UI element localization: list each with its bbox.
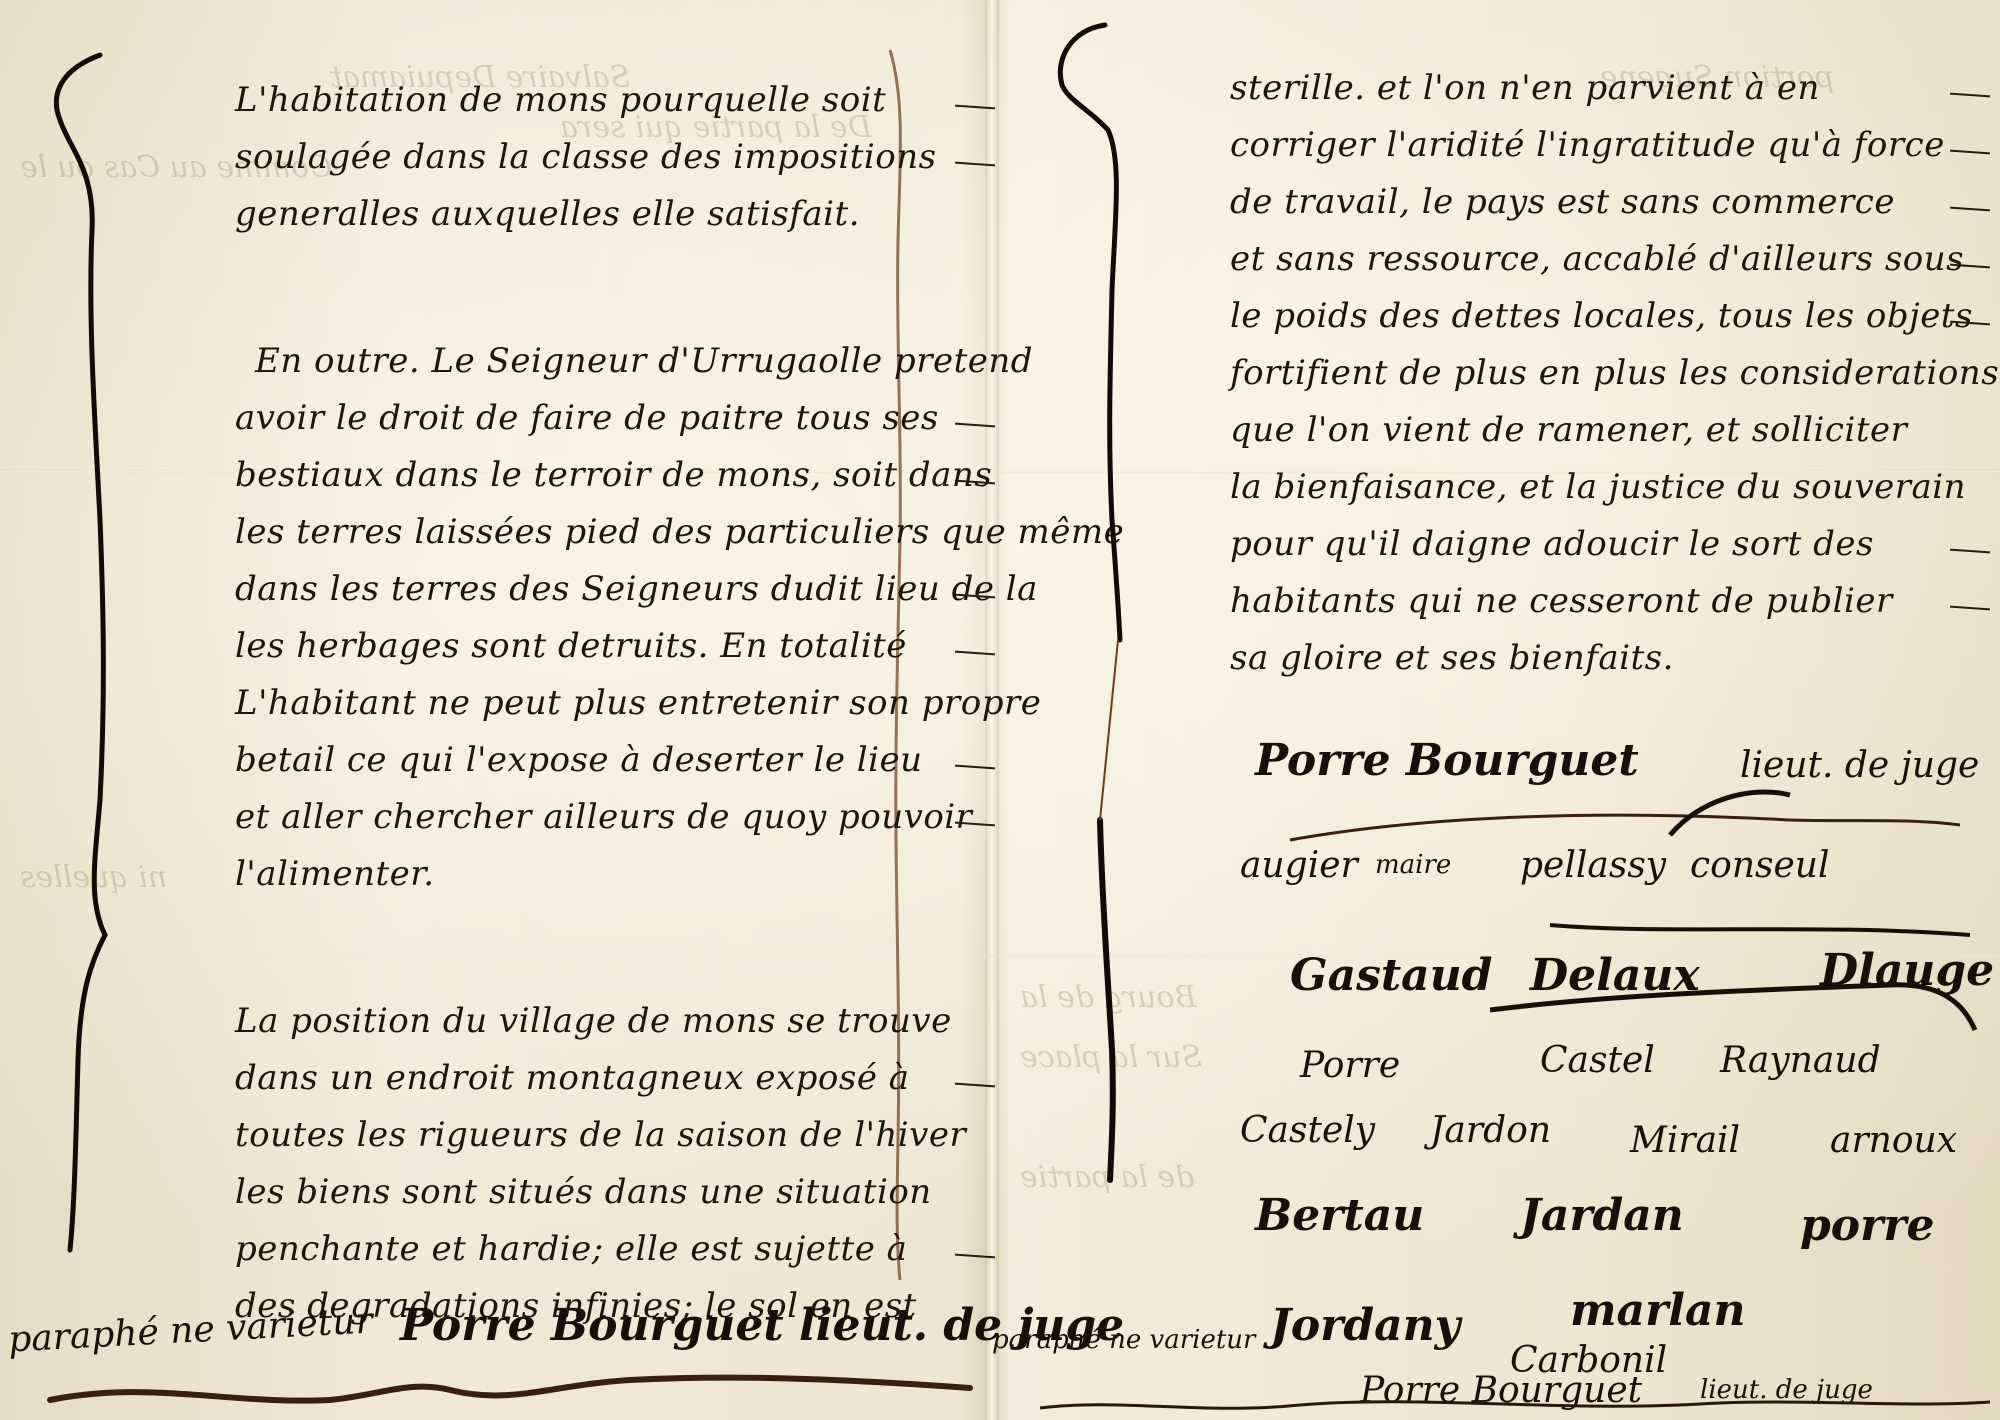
signature: augier bbox=[1240, 845, 1358, 886]
signature: Jordany bbox=[1270, 1300, 1460, 1351]
text-line: et aller chercher ailleurs de quoy pouvo… bbox=[235, 789, 975, 846]
signature-flourish bbox=[1250, 915, 1990, 1035]
signature: arnoux bbox=[1830, 1120, 1957, 1161]
text-line: penchante et hardie; elle est sujette à bbox=[235, 1221, 975, 1278]
text-line: generalles auxquelles elle satisfait. bbox=[235, 186, 975, 243]
text-line: corriger l'aridité l'ingratitude qu'à fo… bbox=[1230, 117, 1970, 174]
manuscript-spread: Salvaire Depuiamat De la partie qui sera… bbox=[0, 0, 2000, 1420]
signature: Castely bbox=[1240, 1110, 1375, 1151]
left-page-text: L'habitation de mons pourquelle soit sou… bbox=[235, 72, 975, 1335]
margin-note: paraphé ne varietur bbox=[992, 1325, 1255, 1355]
text-line: La position du village de mons se trouve bbox=[235, 993, 975, 1050]
text-line: dans les terres des Seigneurs dudit lieu… bbox=[235, 561, 975, 618]
right-page: sterille. et l'on n'en parvient à en cor… bbox=[1000, 0, 2000, 1420]
text-line: les terres laissées pied des particulier… bbox=[235, 504, 975, 561]
signature: porre bbox=[1800, 1200, 1934, 1251]
text-line: habitants qui ne cesseront de publier bbox=[1230, 573, 1970, 630]
signature-flourish bbox=[30, 1350, 990, 1420]
signature: marlan bbox=[1570, 1285, 1745, 1336]
signature: Mirail bbox=[1630, 1120, 1740, 1161]
left-page: L'habitation de mons pourquelle soit sou… bbox=[0, 0, 985, 1420]
text-line: les biens sont situés dans une situation bbox=[235, 1164, 975, 1221]
text-line: toutes les rigueurs de la saison de l'hi… bbox=[235, 1107, 975, 1164]
signature-title: conseul bbox=[1690, 845, 1830, 886]
text-line: pour qu'il daigne adoucir le sort des bbox=[1230, 516, 1970, 573]
signature: Raynaud bbox=[1720, 1040, 1881, 1081]
margin-brace-icon bbox=[0, 0, 130, 1300]
text-line: les herbages sont detruits. En totalité bbox=[235, 618, 975, 675]
signature-title: maire bbox=[1375, 850, 1451, 880]
paragraph-gap bbox=[235, 903, 975, 993]
text-line: fortifient de plus en plus les considera… bbox=[1230, 345, 1970, 402]
text-line: sa gloire et ses bienfaits. bbox=[1230, 630, 1970, 687]
text-line: betail ce qui l'expose à deserter le lie… bbox=[235, 732, 975, 789]
signature: Porre bbox=[1300, 1045, 1400, 1086]
signature: Castel bbox=[1540, 1040, 1655, 1081]
text-line: de travail, le pays est sans commerce bbox=[1230, 174, 1970, 231]
signature: pellassy bbox=[1520, 845, 1666, 886]
margin-brace-icon bbox=[1000, 0, 1140, 1300]
signature: Jardan bbox=[1520, 1190, 1684, 1241]
text-line: L'habitant ne peut plus entretenir son p… bbox=[235, 675, 975, 732]
text-line: le poids des dettes locales, tous les ob… bbox=[1230, 288, 1970, 345]
text-line: sterille. et l'on n'en parvient à en bbox=[1230, 60, 1970, 117]
right-page-text: sterille. et l'on n'en parvient à en cor… bbox=[1230, 60, 1970, 687]
text-line: En outre. Le Seigneur d'Urrugaolle prete… bbox=[235, 333, 975, 390]
text-line: dans un endroit montagneux exposé à bbox=[235, 1050, 975, 1107]
text-line: et sans ressource, accablé d'ailleurs so… bbox=[1230, 231, 1970, 288]
text-line: avoir le droit de faire de paitre tous s… bbox=[235, 390, 975, 447]
signature: Bertau bbox=[1255, 1190, 1424, 1241]
signature: Porre Bourguet bbox=[1255, 735, 1639, 786]
text-line: l'alimenter. bbox=[235, 846, 975, 903]
paragraph-gap bbox=[235, 243, 975, 333]
text-line: la bienfaisance, et la justice du souver… bbox=[1230, 459, 1970, 516]
text-line: L'habitation de mons pourquelle soit bbox=[235, 72, 975, 129]
text-line: soulagée dans la classe des impositions bbox=[235, 129, 975, 186]
text-line: que l'on vient de ramener, et solliciter bbox=[1230, 402, 1970, 459]
signature-flourish bbox=[1000, 1390, 2000, 1420]
text-line: bestiaux dans le terroir de mons, soit d… bbox=[235, 447, 975, 504]
signature: Jardon bbox=[1430, 1110, 1551, 1151]
